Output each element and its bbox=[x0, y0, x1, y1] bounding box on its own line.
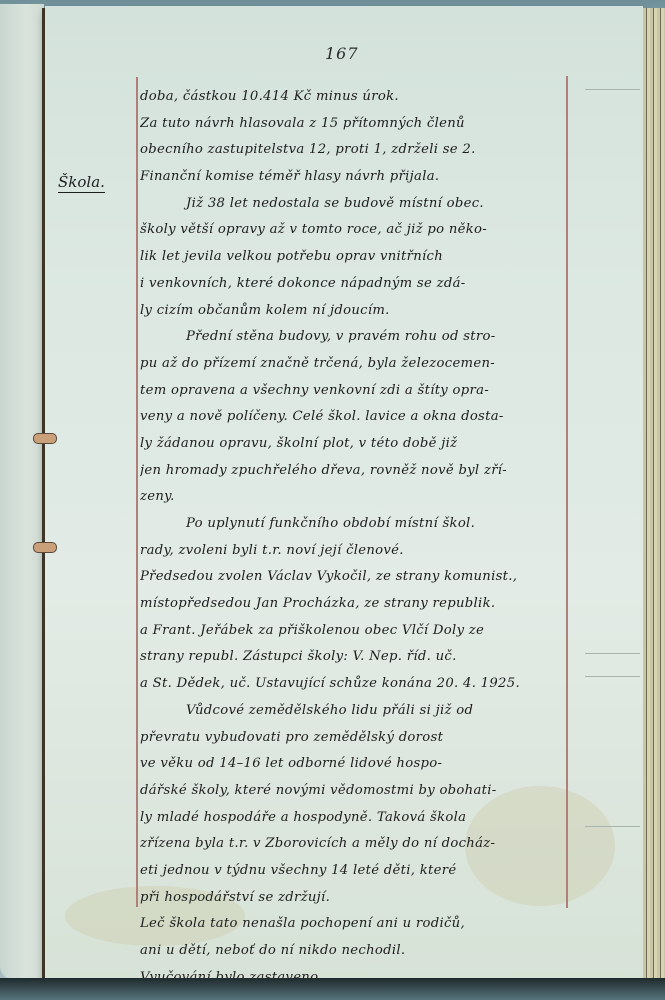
binding-stitch bbox=[33, 433, 57, 444]
right-margin-rule bbox=[566, 76, 568, 908]
text-line: i venkovních, které dokonce nápadným se … bbox=[140, 271, 564, 298]
bleed-through-rule bbox=[585, 653, 640, 654]
stacked-page-edges bbox=[643, 8, 665, 980]
text-line: Přední stěna budovy, v pravém rohu od st… bbox=[140, 324, 564, 351]
binding-stitch bbox=[33, 542, 57, 553]
text-line: Finanční komise téměř hlasy návrh přijal… bbox=[140, 164, 564, 191]
text-line: zřízena byla t.r. v Zborovicích a měly d… bbox=[140, 831, 564, 858]
text-line: strany republ. Zástupci školy: V. Nep. ř… bbox=[140, 644, 564, 671]
text-line: obecního zastupitelstva 12, proti 1, zdr… bbox=[140, 137, 564, 164]
text-line: školy větší opravy až v tomto roce, ač j… bbox=[140, 217, 564, 244]
text-line: ly cizím občanům kolem ní jdoucím. bbox=[140, 298, 564, 325]
text-line: ly mladé hospodáře a hospodyně. Taková š… bbox=[140, 805, 564, 832]
previous-page-edge bbox=[0, 4, 44, 980]
text-line: doba, částkou 10.414 Kč minus úrok. bbox=[140, 84, 564, 111]
text-line: jen hromady zpuchřelého dřeva, rovněž no… bbox=[140, 458, 564, 485]
text-line: při hospodářství se zdržují. bbox=[140, 885, 564, 912]
text-line: Po uplynutí funkčního období místní škol… bbox=[140, 511, 564, 538]
text-line: převratu vybudovati pro zemědělský doros… bbox=[140, 725, 564, 752]
text-line: ani u dětí, neboť do ní nikdo nechodil. bbox=[140, 938, 564, 965]
text-line: ly žádanou opravu, školní plot, v této d… bbox=[140, 431, 564, 458]
text-line: Leč škola tato nenašla pochopení ani u r… bbox=[140, 911, 564, 938]
text-line: Předsedou zvolen Václav Vykočil, ze stra… bbox=[140, 564, 564, 591]
text-line: místopředsedou Jan Procházka, ze strany … bbox=[140, 591, 564, 618]
margin-heading-skola: Škola. bbox=[58, 173, 105, 193]
text-line: Za tuto návrh hlasovala z 15 přítomných … bbox=[140, 111, 564, 138]
text-line: ve věku od 14–16 let odborné lidové hosp… bbox=[140, 751, 564, 778]
bleed-through-rule bbox=[585, 676, 640, 677]
book-spine bbox=[42, 8, 45, 978]
text-line: pu až do přízemí značně trčená, byla žel… bbox=[140, 351, 564, 378]
scanned-ledger-scene: 167 Škola. doba, částkou 10.414 Kč minus… bbox=[0, 0, 665, 1000]
bleed-through-rule bbox=[585, 89, 640, 90]
bleed-through-rule bbox=[585, 826, 640, 827]
handwritten-text-block: doba, částkou 10.414 Kč minus úrok. Za t… bbox=[140, 84, 564, 991]
text-line: a Frant. Jeřábek za přiškolenou obec Vlč… bbox=[140, 618, 564, 645]
text-line: rady, zvoleni byli t.r. noví její členov… bbox=[140, 538, 564, 565]
text-line: zeny. bbox=[140, 484, 564, 511]
text-line: tem opravena a všechny venkovní zdi a št… bbox=[140, 378, 564, 405]
text-line: Vůdcové zemědělského lidu přáli si již o… bbox=[140, 698, 564, 725]
text-line: a St. Dědek, uč. Ustavující schůze konán… bbox=[140, 671, 564, 698]
left-margin-rule bbox=[136, 77, 138, 907]
text-line: Již 38 let nedostala se budově místní ob… bbox=[140, 191, 564, 218]
book-bottom-shadow bbox=[0, 978, 665, 1000]
text-line: lik let jevila velkou potřebu oprav vnit… bbox=[140, 244, 564, 271]
text-line: dářské školy, které novými vědomostmi by… bbox=[140, 778, 564, 805]
text-line: veny a nově políčeny. Celé škol. lavice … bbox=[140, 404, 564, 431]
page-number: 167 bbox=[325, 44, 359, 63]
text-line: eti jednou v týdnu všechny 14 leté děti,… bbox=[140, 858, 564, 885]
